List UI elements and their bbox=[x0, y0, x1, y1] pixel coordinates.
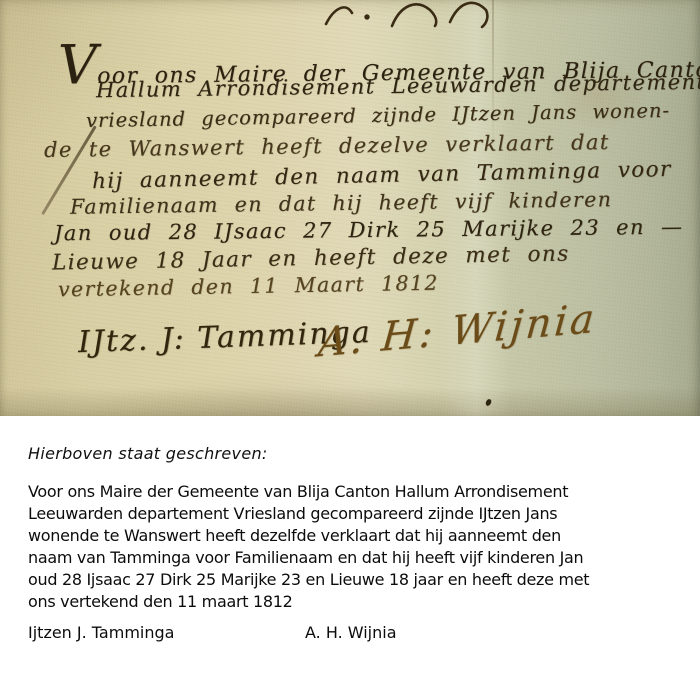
transcription-signature-tamminga: Ijtzen J. Tamminga bbox=[28, 623, 174, 642]
transcription-line: Leeuwarden departement Vriesland gecompa… bbox=[28, 504, 557, 523]
transcription-line: wonende te Wanswert heeft dezelfde verkl… bbox=[28, 526, 561, 545]
transcription-line: oud 28 Ijsaac 27 Dirk 25 Marijke 23 en L… bbox=[28, 570, 589, 589]
manuscript-scan: Voor ons Maire der Gemeente van Blija Ca… bbox=[0, 0, 700, 416]
manuscript-line: Lieuwe 18 Jaar en heeft deze met ons bbox=[52, 241, 570, 275]
transcription-signature-wijnia: A. H. Wijnia bbox=[305, 623, 397, 642]
document-page: Voor ons Maire der Gemeente van Blija Ca… bbox=[0, 0, 700, 691]
manuscript-signature-wijnia: A. H: Wijnia bbox=[316, 296, 598, 367]
transcription-heading: Hierboven staat geschreven: bbox=[28, 444, 268, 463]
manuscript-line: de te Wanswert heeft dezelve verklaart d… bbox=[44, 130, 610, 162]
ink-blot bbox=[485, 398, 492, 406]
transcription-line: Voor ons Maire der Gemeente van Blija Ca… bbox=[28, 482, 568, 501]
cutoff-pen-strokes-icon bbox=[288, 0, 508, 30]
manuscript-line: vertekend den 11 Maart 1812 bbox=[58, 271, 439, 302]
manuscript-line: vriesland gecompareerd zijnde IJtzen Jan… bbox=[86, 99, 670, 132]
transcription-line: ons vertekend den 11 maart 1812 bbox=[28, 592, 293, 611]
manuscript-line: Jan oud 28 IJsaac 27 Dirk 25 Marijke 23 … bbox=[54, 215, 684, 246]
transcription-line: naam van Tamminga voor Familienaam en da… bbox=[28, 548, 583, 567]
